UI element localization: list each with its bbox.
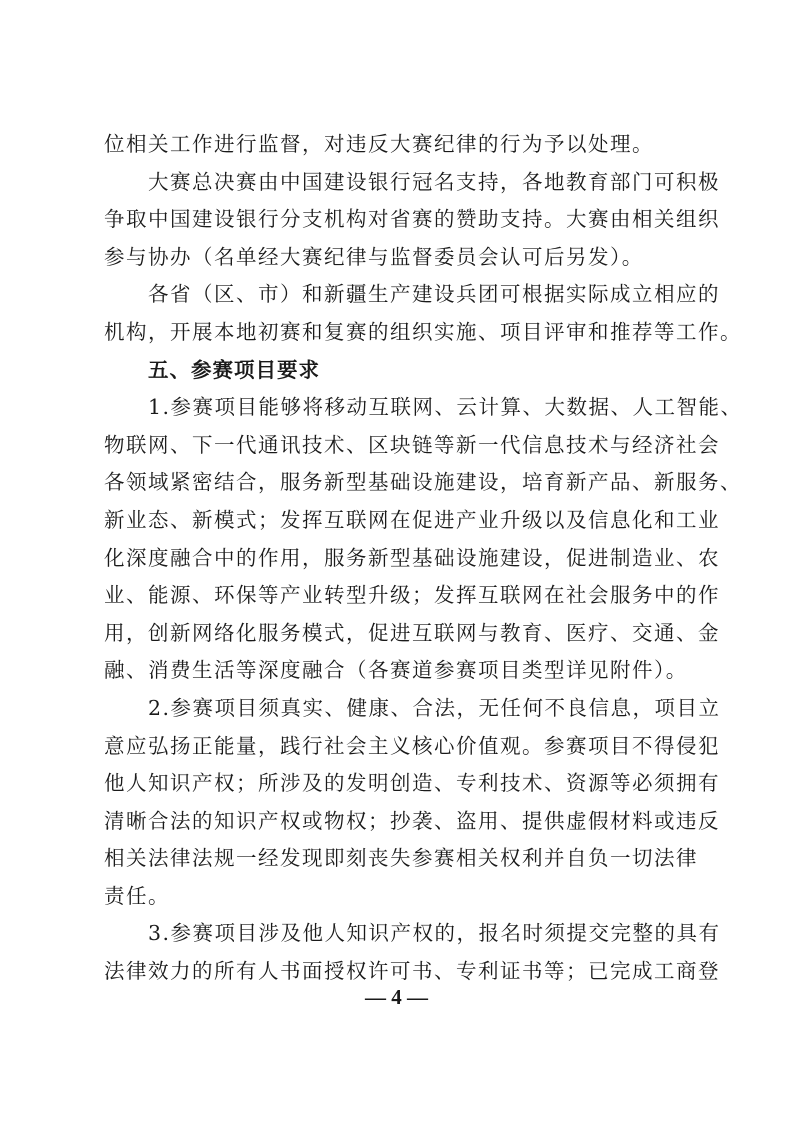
text-line: 大赛总决赛由中国建设银行冠名支持，各地教育部门可积极 xyxy=(104,164,692,202)
text-line: 新业态、新模式；发挥互联网在促进产业升级以及信息化和工业 xyxy=(104,502,692,540)
text-line: 业、能源、环保等产业转型升级；发挥互联网在社会服务中的作 xyxy=(104,577,692,615)
text-line: 物联网、下一代通讯技术、区块链等新一代信息技术与经济社会 xyxy=(104,427,692,465)
paragraph-provinces: 各省（区、市）和新疆生产建设兵团可根据实际成立相应的 机构，开展本地初赛和复赛的… xyxy=(104,276,692,351)
text-line: 3.参赛项目涉及他人知识产权的，报名时须提交完整的具有 xyxy=(104,915,692,953)
document-body: 位相关工作进行监督，对违反大赛纪律的行为予以处理。 大赛总决赛由中国建设银行冠名… xyxy=(104,126,692,991)
text-line: 机构，开展本地初赛和复赛的组织实施、项目评审和推荐等工作。 xyxy=(104,314,692,352)
text-line: 融、消费生活等深度融合（各赛道参赛项目类型详见附件）。 xyxy=(104,652,692,690)
text-line: 位相关工作进行监督，对违反大赛纪律的行为予以处理。 xyxy=(104,126,692,164)
text-line: 参与协办（名单经大赛纪律与监督委员会认可后另发）。 xyxy=(104,239,692,277)
text-line: 各领域紧密结合，服务新型基础设施建设，培育新产品、新服务、 xyxy=(104,464,692,502)
text-line: 责任。 xyxy=(104,878,692,916)
text-line: 化深度融合中的作用，服务新型基础设施建设，促进制造业、农 xyxy=(104,540,692,578)
text-line: 用，创新网络化服务模式，促进互联网与教育、医疗、交通、金 xyxy=(104,615,692,653)
text-line: 意应弘扬正能量，践行社会主义核心价值观。参赛项目不得侵犯 xyxy=(104,728,692,766)
text-line: 他人知识产权；所涉及的发明创造、专利技术、资源等必须拥有 xyxy=(104,765,692,803)
section-heading: 五、参赛项目要求 xyxy=(104,352,692,390)
text-line: 1.参赛项目能够将移动互联网、云计算、大数据、人工智能、 xyxy=(104,389,692,427)
page-number: — 4 — xyxy=(0,985,793,1010)
text-line: 2.参赛项目须真实、健康、合法，无任何不良信息，项目立 xyxy=(104,690,692,728)
requirement-item-1: 1.参赛项目能够将移动互联网、云计算、大数据、人工智能、 物联网、下一代通讯技术… xyxy=(104,389,692,690)
text-line: 相关法律法规一经发现即刻丧失参赛相关权利并自负一切法律 xyxy=(104,840,692,878)
paragraph-sponsor: 大赛总决赛由中国建设银行冠名支持，各地教育部门可积极 争取中国建设银行分支机构对… xyxy=(104,164,692,277)
requirement-item-3: 3.参赛项目涉及他人知识产权的，报名时须提交完整的具有 法律效力的所有人书面授权… xyxy=(104,915,692,990)
paragraph-discipline-end: 位相关工作进行监督，对违反大赛纪律的行为予以处理。 xyxy=(104,126,692,164)
text-line: 争取中国建设银行分支机构对省赛的赞助支持。大赛由相关组织 xyxy=(104,201,692,239)
requirement-item-2: 2.参赛项目须真实、健康、合法，无任何不良信息，项目立 意应弘扬正能量，践行社会… xyxy=(104,690,692,916)
text-line: 清晰合法的知识产权或物权；抄袭、盗用、提供虚假材料或违反 xyxy=(104,803,692,841)
text-line: 各省（区、市）和新疆生产建设兵团可根据实际成立相应的 xyxy=(104,276,692,314)
